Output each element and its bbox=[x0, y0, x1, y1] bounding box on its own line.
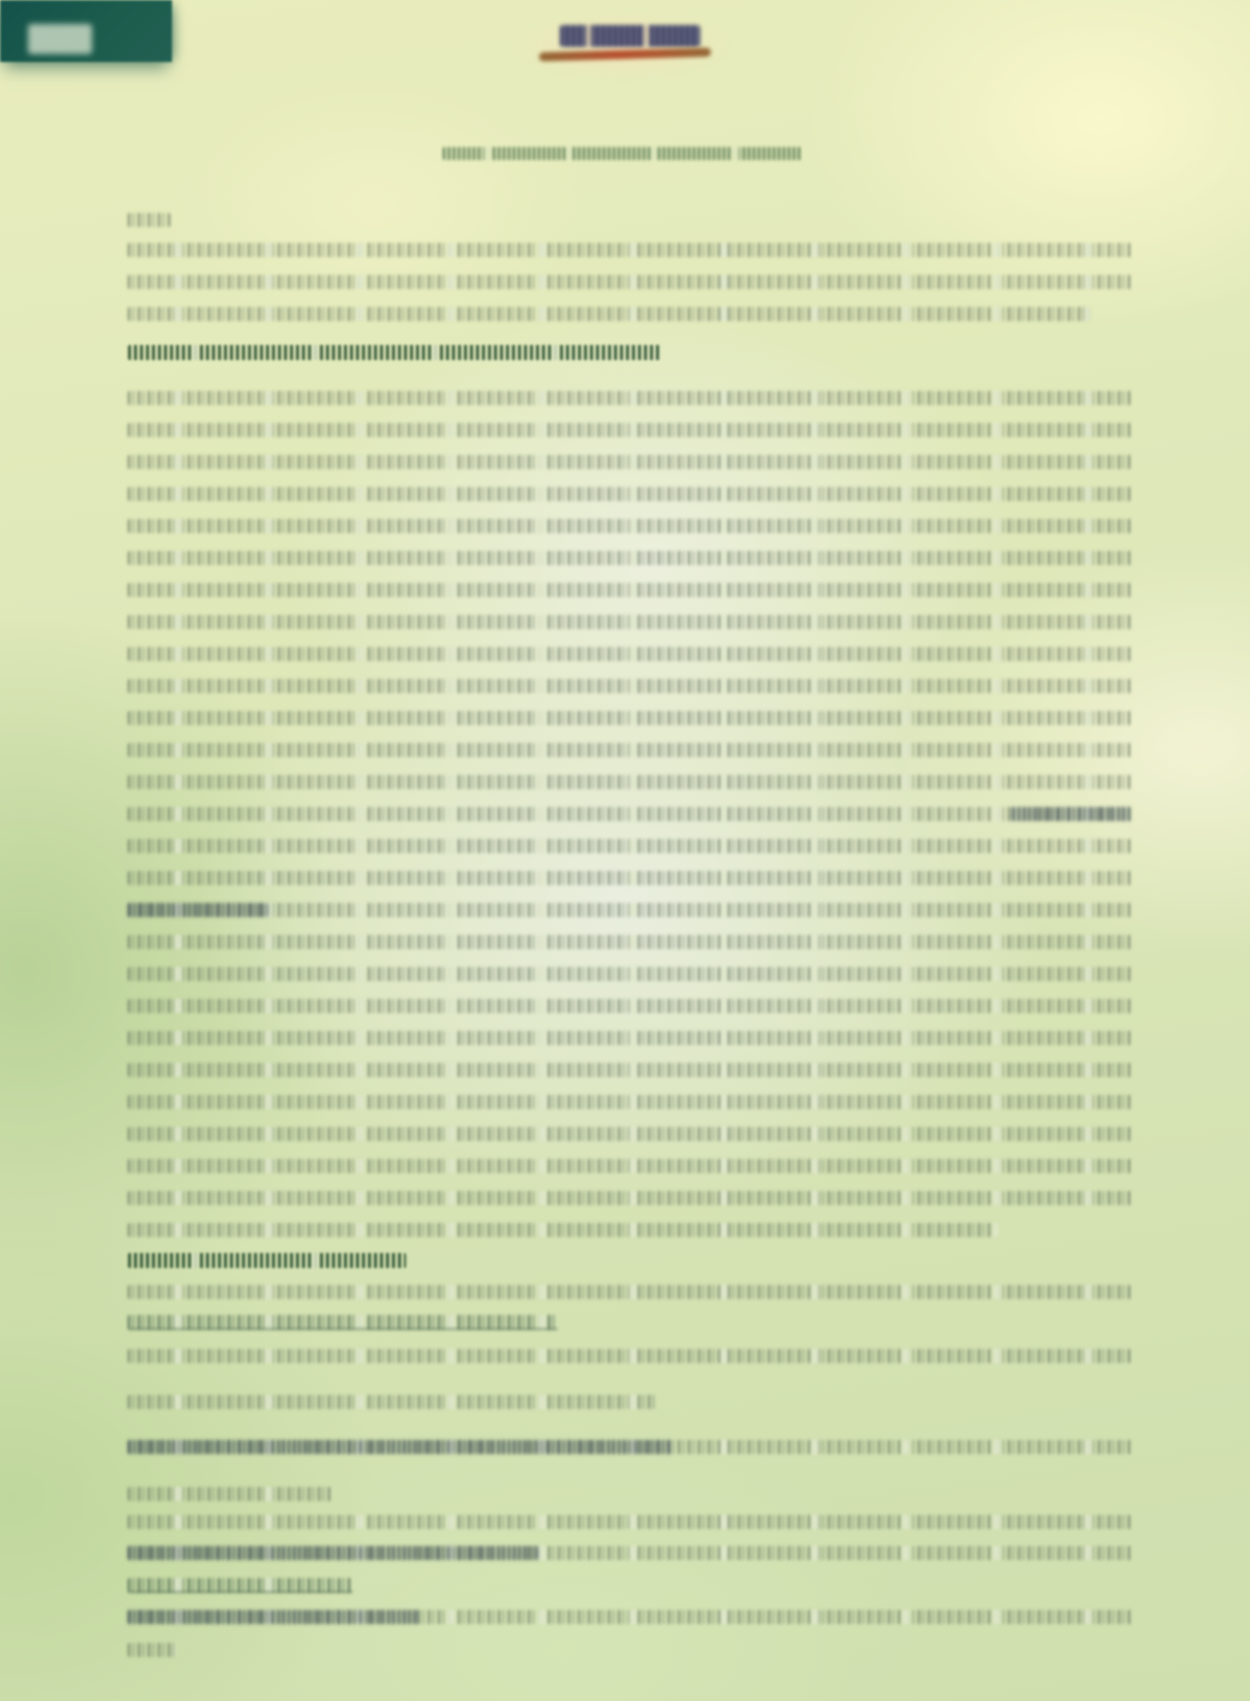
text-line-blur bbox=[128, 871, 1132, 885]
text-line-blur bbox=[128, 903, 1132, 917]
bold-emphasis-blur bbox=[128, 1546, 538, 1560]
text-line-blur bbox=[128, 1515, 1132, 1529]
heading-line-blur bbox=[128, 1253, 406, 1268]
text-line-blur bbox=[128, 487, 1132, 501]
scanned-page bbox=[0, 0, 1250, 1701]
bold-emphasis-blur bbox=[128, 1440, 673, 1454]
text-line-blur bbox=[128, 807, 1132, 821]
text-line-blur bbox=[128, 1643, 176, 1657]
text-line-blur bbox=[128, 519, 1132, 533]
text-line-blur bbox=[128, 1610, 1132, 1624]
text-line-blur bbox=[128, 1159, 1132, 1173]
text-line-blur bbox=[128, 423, 1132, 437]
text-line-blur bbox=[128, 213, 170, 227]
text-line-blur bbox=[128, 583, 1132, 597]
text-line-blur bbox=[128, 1031, 1132, 1045]
text-line-blur bbox=[128, 275, 1132, 289]
bold-emphasis-blur bbox=[1012, 807, 1132, 821]
text-line-blur bbox=[128, 391, 1132, 405]
bold-emphasis-blur bbox=[128, 1610, 418, 1624]
document-text bbox=[0, 0, 1250, 1701]
text-line-blur bbox=[128, 551, 1132, 565]
text-line-blur bbox=[128, 1095, 1132, 1109]
link-line-blur[interactable] bbox=[128, 1578, 353, 1593]
text-line-blur bbox=[128, 775, 1132, 789]
text-line-blur bbox=[128, 1487, 333, 1501]
heading-line-blur bbox=[128, 345, 660, 360]
text-line-blur bbox=[128, 647, 1132, 661]
text-line-blur bbox=[128, 1546, 1132, 1560]
text-line-blur bbox=[128, 839, 1132, 853]
text-line-blur bbox=[128, 1285, 1132, 1299]
text-line-blur bbox=[128, 1395, 658, 1409]
text-line-blur bbox=[128, 615, 1132, 629]
text-line-blur bbox=[128, 1127, 1132, 1141]
text-line-blur bbox=[128, 743, 1132, 757]
text-line-blur bbox=[128, 307, 1090, 321]
text-line-blur bbox=[128, 1223, 998, 1237]
text-line-blur bbox=[128, 1063, 1132, 1077]
text-line-blur bbox=[128, 1440, 1132, 1454]
bold-emphasis-blur bbox=[128, 903, 268, 917]
text-line-blur bbox=[128, 679, 1132, 693]
text-line-blur bbox=[128, 999, 1132, 1013]
text-line-blur bbox=[128, 1191, 1132, 1205]
text-line-blur bbox=[128, 935, 1132, 949]
link-line-blur[interactable] bbox=[128, 1315, 558, 1330]
text-line-blur bbox=[128, 455, 1132, 469]
text-line-blur bbox=[128, 711, 1132, 725]
text-line-blur bbox=[128, 967, 1132, 981]
text-line-blur bbox=[128, 1349, 1132, 1363]
text-line-blur bbox=[128, 243, 1132, 257]
